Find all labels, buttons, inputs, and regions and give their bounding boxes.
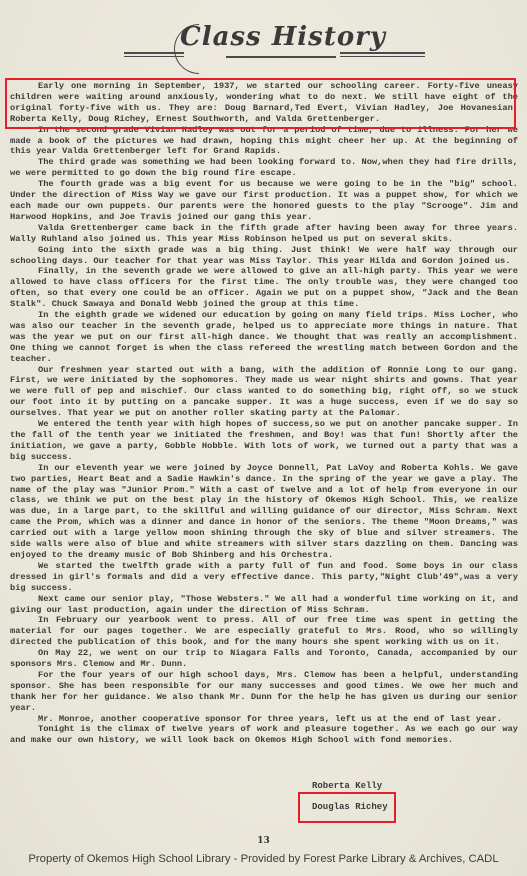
paragraph-closing: Tonight is the climax of twelve years of… — [10, 724, 518, 746]
class-history-body: Early one morning in September, 1937, we… — [10, 81, 518, 746]
paragraph-second-grade: In the second grade Vivian Hadley was ou… — [10, 125, 518, 158]
title-rule-right — [340, 52, 425, 54]
signature-douglas-richey: Douglas Richey — [312, 797, 388, 818]
page-number: 13 — [0, 836, 527, 846]
paragraph-fifth-grade: Valda Grettenberger came back in the fif… — [10, 223, 518, 245]
paragraph-sponsors: For the four years of our high school da… — [10, 670, 518, 714]
paragraph-twelfth-grade: We started the twelfth grade with a part… — [10, 561, 518, 594]
paragraph-fourth-grade: The fourth grade was a big event for us … — [10, 179, 518, 223]
paragraph-eleventh-year: In our eleventh year we were joined by J… — [10, 463, 518, 561]
paragraph-yearbook: In February our yearbook went to press. … — [10, 615, 518, 648]
paragraph-eighth-grade: In the eighth grade we widened our educa… — [10, 310, 518, 365]
paragraph-tenth-year: We entered the tenth year with high hope… — [10, 419, 518, 463]
page-title-banner: Class History — [0, 18, 527, 68]
paragraph-seventh-grade: Finally, in the seventh grade we were al… — [10, 266, 518, 310]
page-title: Class History — [180, 22, 386, 52]
title-underline — [226, 56, 336, 58]
paragraph-freshman-year: Our freshmen year started out with a ban… — [10, 365, 518, 420]
paragraph-third-grade: The third grade was something we had bee… — [10, 157, 518, 179]
paragraph-trip: On May 22, we went on our trip to Niagar… — [10, 648, 518, 670]
paragraph-sixth-grade: Going into the sixth grade was a big thi… — [10, 245, 518, 267]
provenance-footer: Property of Okemos High School Library -… — [0, 853, 527, 865]
title-rule-right-thin — [340, 56, 425, 57]
signature-roberta-kelly: Roberta Kelly — [312, 776, 388, 797]
signature-block: Roberta Kelly Douglas Richey — [312, 776, 388, 818]
document-page: Class History Early one morning in Septe… — [0, 0, 527, 876]
paragraph-intro: Early one morning in September, 1937, we… — [10, 81, 518, 125]
paragraph-monroe: Mr. Monroe, another cooperative sponsor … — [10, 714, 518, 725]
paragraph-senior-play: Next came our senior play, "Those Webste… — [10, 594, 518, 616]
